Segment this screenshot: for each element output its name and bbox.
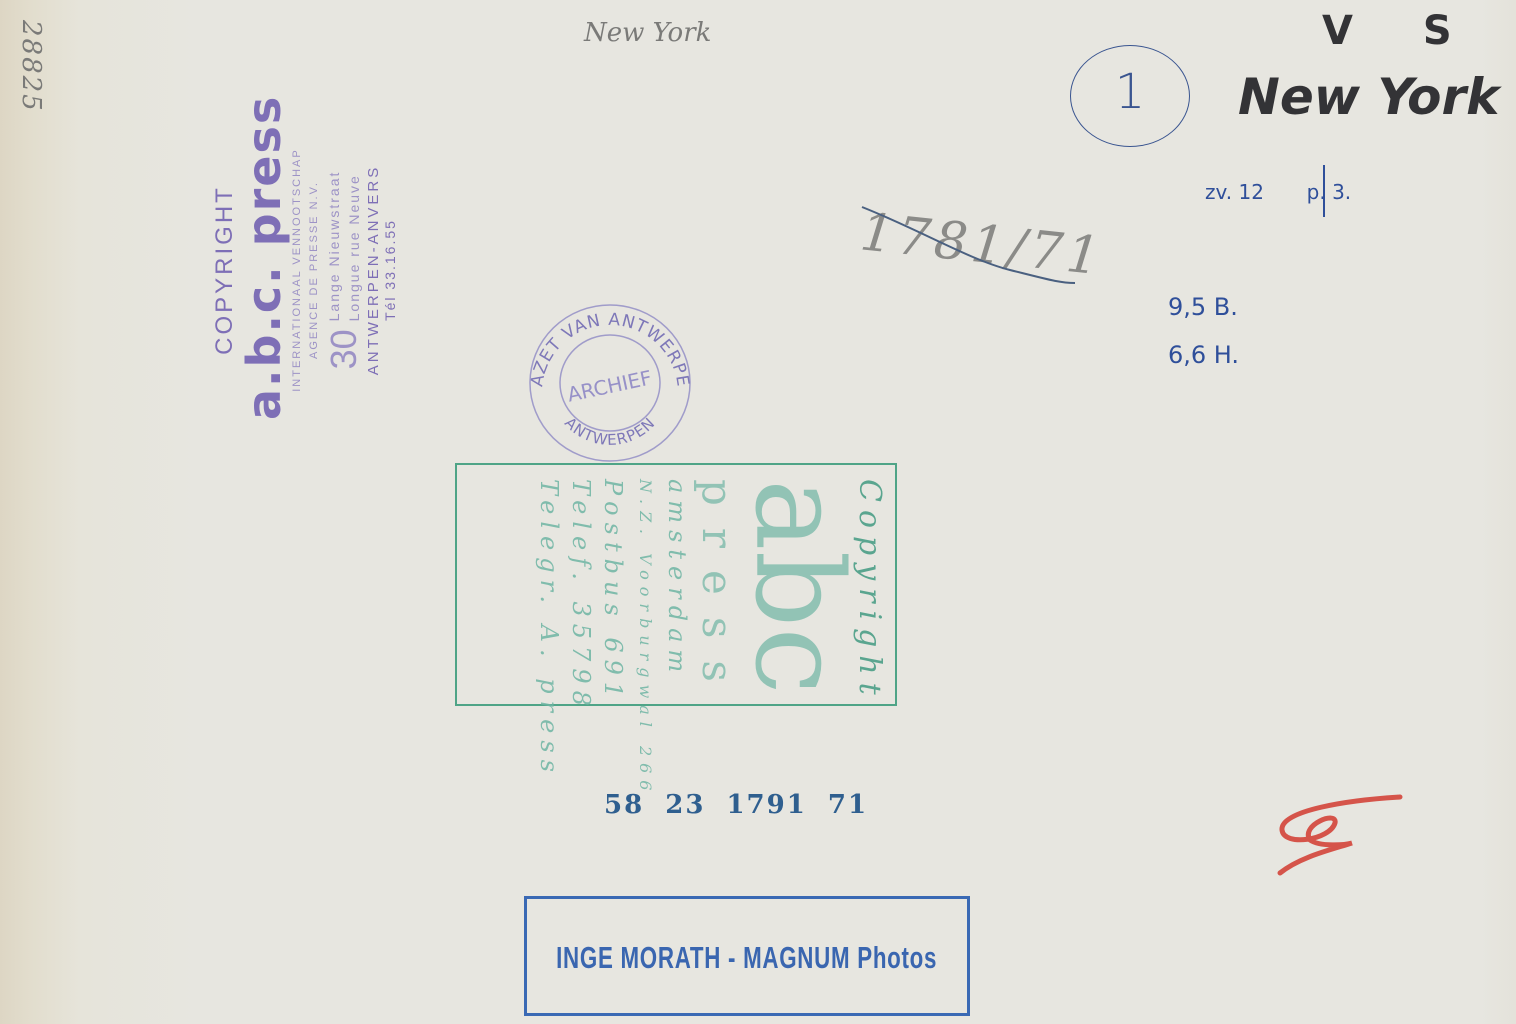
edge-number-text: 28825	[16, 20, 46, 113]
red-crayon-mark	[1270, 785, 1410, 885]
circled-number-text: 1	[1071, 64, 1189, 120]
gazet-archief-stamp: GAZET VAN ANTWERPEN ANTWERPEN ARCHIEF	[520, 298, 700, 468]
strike-through-line	[860, 205, 1090, 295]
reference-code: zv. 12	[1205, 180, 1264, 204]
stamp-city: ANTWERPEN-ANVERS	[365, 120, 382, 420]
stamp-address-1: Lange Nieuwstraat	[324, 171, 344, 322]
serial-number-stamp: 58 23 1791 71	[604, 790, 868, 820]
svg-text:ANTWERPEN: ANTWERPEN	[561, 414, 659, 450]
abc-press-antwerp-stamp: COPYRIGHT a.b.c. press INTERNATIONAAL VE…	[205, 120, 465, 420]
svg-text:ARCHIEF: ARCHIEF	[565, 365, 654, 406]
stamp-address-2: Longue rue Neuve	[344, 171, 364, 322]
dimension-notes: 9,5 B. 6,6 H.	[1168, 283, 1239, 379]
stamp-street-number: 30	[323, 329, 365, 369]
abc-press-amsterdam-stamp: Copyright abc press amsterdam N.Z. Voorb…	[455, 463, 897, 706]
pencil-title-note: New York	[584, 18, 711, 48]
reference-note: zv. 12 p. 3.	[1205, 180, 1351, 204]
city-note: New York	[1238, 68, 1499, 126]
reference-divider	[1323, 165, 1325, 217]
stamp2-line-4: Telef. 35798	[565, 465, 597, 705]
page-reference: p. 3.	[1307, 180, 1352, 204]
stamp2-brand-press: press	[693, 465, 742, 705]
stamp-telephone: Tél 33.16.55	[382, 120, 398, 420]
stamp2-line-3: Postbus 691	[597, 465, 629, 705]
stamp-line-1: INTERNATIONAAL VENNOOTSCHAP	[289, 120, 306, 420]
width-note: 9,5 B.	[1168, 283, 1239, 331]
stamp2-line-1: amsterdam	[661, 465, 693, 705]
height-note: 6,6 H.	[1168, 331, 1239, 379]
stamp-line-2: AGENCE DE PRESSE N.V.	[306, 120, 323, 420]
edge-catalog-number: 28825	[6, 12, 46, 132]
magnum-credit-text: INGE MORATH - MAGNUM Photos	[556, 940, 937, 976]
magnum-photos-credit-stamp: INGE MORATH - MAGNUM Photos	[524, 896, 970, 1016]
stamp2-brand: abc	[742, 465, 852, 705]
stamp-copyright: COPYRIGHT	[211, 120, 239, 420]
circled-number: 1	[1070, 45, 1190, 147]
stamp2-line-5: Telegr. A. press	[533, 465, 565, 705]
stamp-brand: a.b.c. press	[239, 120, 289, 420]
stamp2-line-2: N.Z. Voorburgwal 266	[629, 465, 661, 705]
country-note: V S	[1322, 8, 1480, 54]
